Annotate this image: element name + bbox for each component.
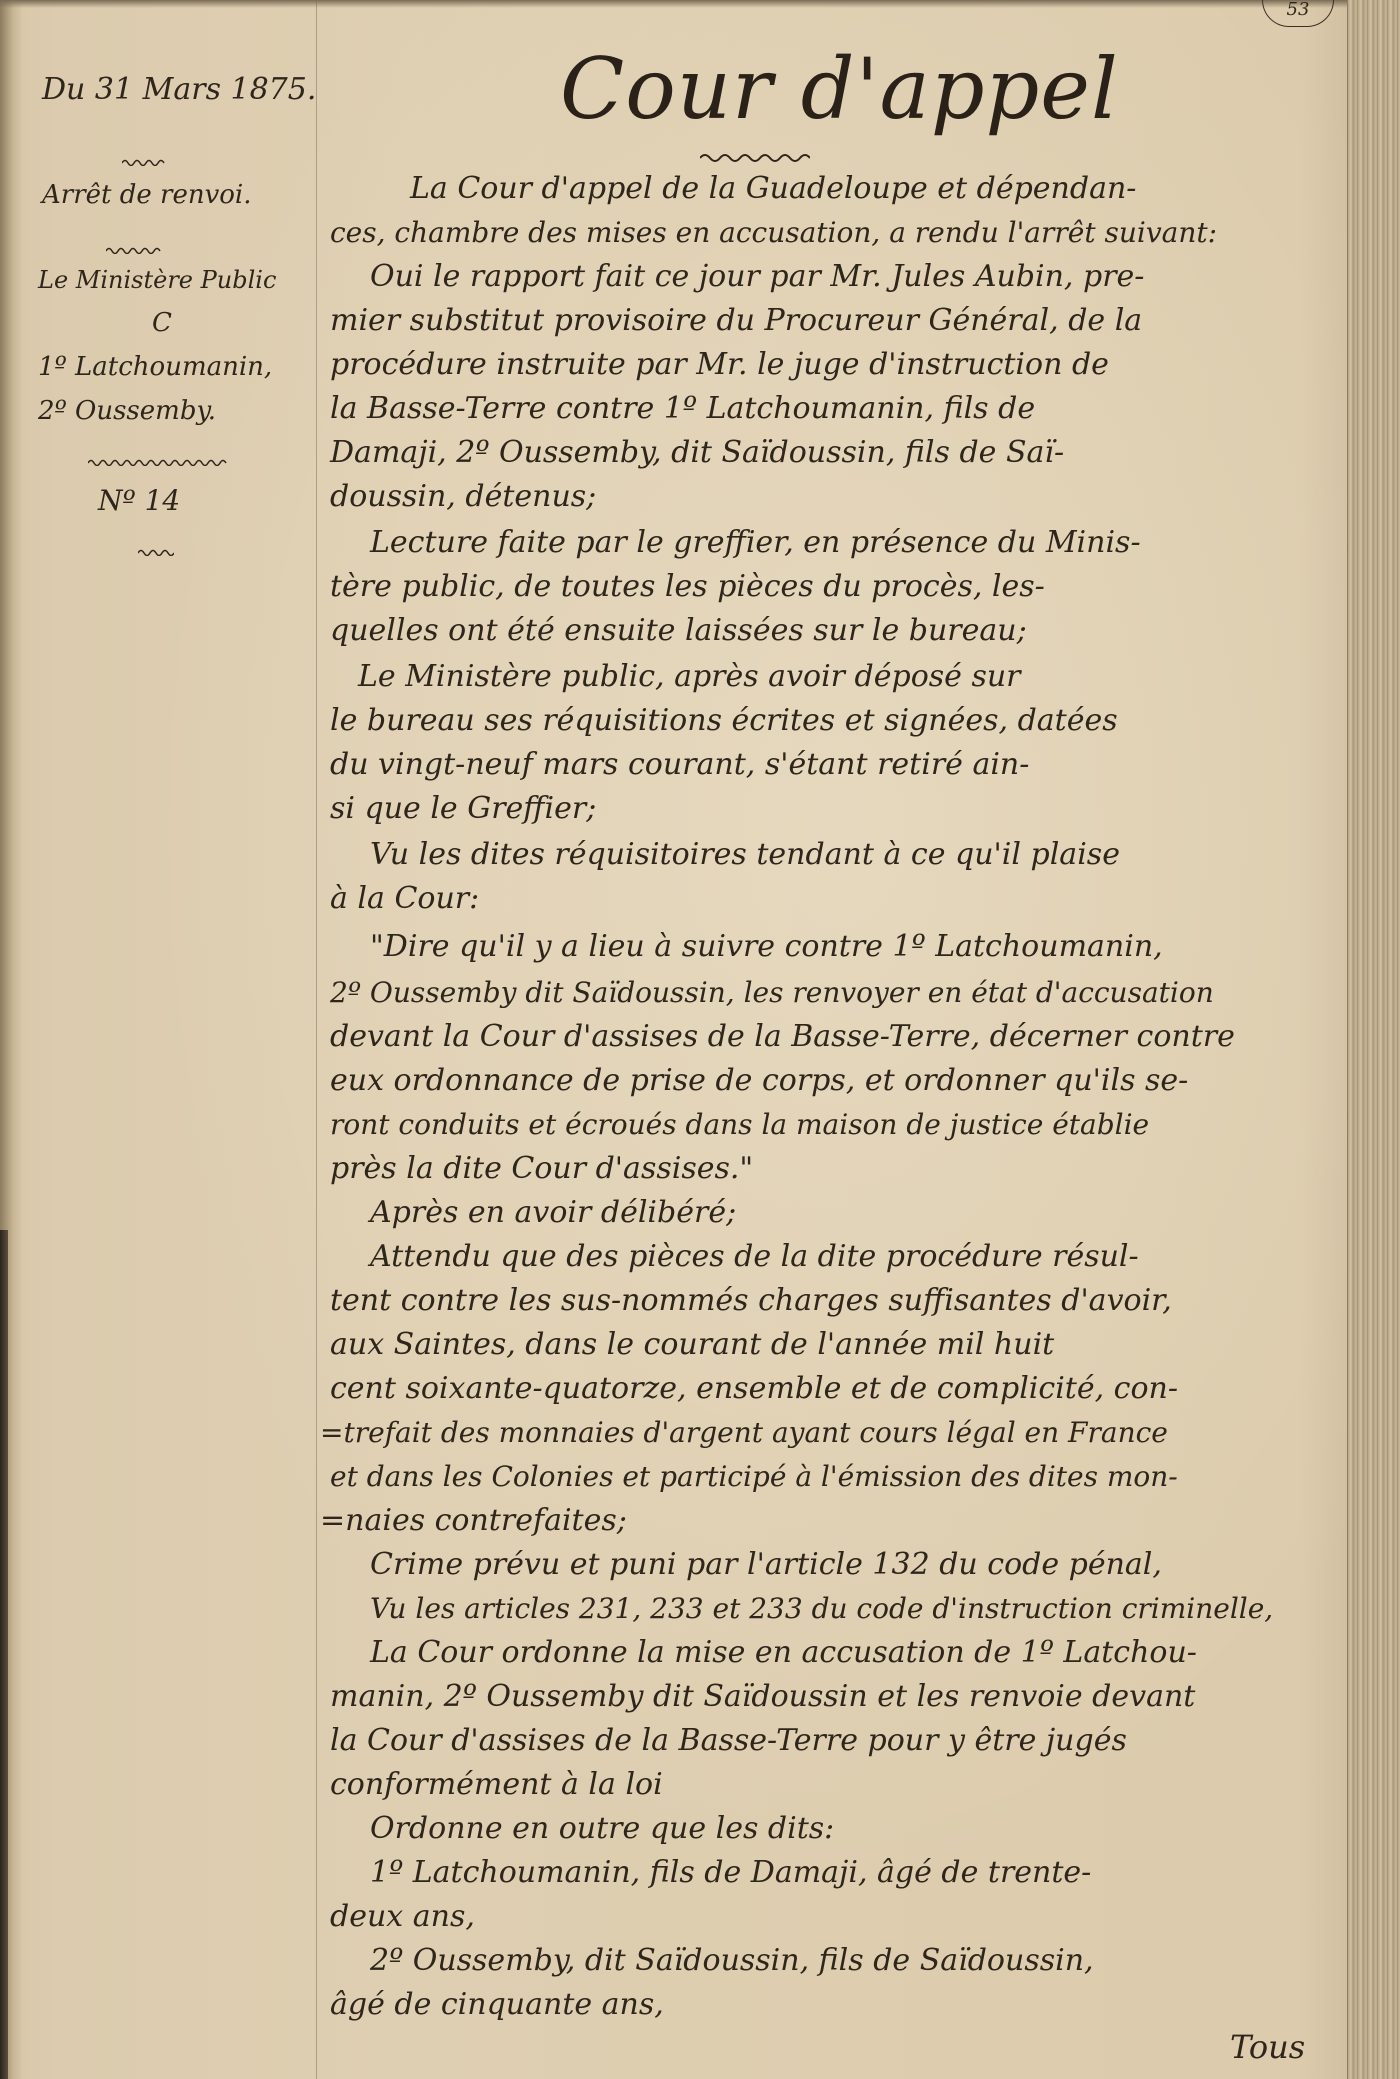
text-line: 1º Latchoumanin, fils de Damaji, âgé de … [370, 1856, 1091, 1890]
text-line: Après en avoir délibéré; [370, 1196, 736, 1230]
text-line: Vu les articles 231, 233 et 233 du code … [370, 1592, 1273, 1626]
text-line: deux ans, [330, 1900, 475, 1934]
text-line: =trefait des monnaies d'argent ayant cou… [320, 1416, 1168, 1450]
margin-number: Nº 14 [98, 484, 180, 517]
text-line: =naies contrefaites; [320, 1504, 627, 1538]
text-line: le bureau ses réquisitions écrites et si… [330, 704, 1118, 738]
text-line: Attendu que des pièces de la dite procéd… [370, 1240, 1139, 1274]
text-line: Lecture faite par le greffier, en présen… [370, 526, 1141, 560]
margin-rule [316, 0, 317, 2079]
text-line: 2º Oussemby dit Saïdoussin, les renvoyer… [330, 976, 1214, 1010]
text-line: devant la Cour d'assises de la Basse-Ter… [330, 1020, 1235, 1054]
text-line: tère public, de toutes les pièces du pro… [330, 570, 1045, 604]
margin-contre: C [152, 308, 172, 338]
text-line: près la dite Cour d'assises." [330, 1152, 753, 1186]
text-line: conformément à la loi [330, 1768, 663, 1802]
text-line: aux Saintes, dans le courant de l'année … [330, 1328, 1054, 1362]
text-line: ront conduits et écroués dans la maison … [330, 1108, 1149, 1142]
text-line: La Cour d'appel de la Guadeloupe et dépe… [410, 172, 1136, 206]
text-line: manin, 2º Oussemby dit Saïdoussin et les… [330, 1680, 1195, 1714]
text-line: à la Cour: [330, 882, 479, 916]
text-line: du vingt-neuf mars courant, s'étant reti… [330, 748, 1029, 782]
top-edge-shadow [0, 0, 1400, 8]
title-flourish-icon [700, 152, 810, 162]
text-line: si que le Greffier; [330, 792, 596, 826]
page-stack-edges [1347, 0, 1400, 2079]
flourish-icon [138, 548, 174, 556]
text-line: Vu les dites réquisitoires tendant à ce … [370, 838, 1120, 872]
flourish-icon [106, 246, 162, 254]
text-line: 2º Oussemby, dit Saïdoussin, fils de Saï… [370, 1944, 1094, 1978]
text-line: quelles ont été ensuite laissées sur le … [330, 614, 1027, 648]
text-line: Damaji, 2º Oussemby, dit Saïdoussin, fil… [330, 436, 1064, 470]
text-line: doussin, détenus; [330, 480, 596, 514]
margin-accused-2: 2º Oussemby. [38, 396, 216, 426]
text-line: mier substitut provisoire du Procureur G… [330, 304, 1142, 338]
margin-party-public: Le Ministère Public [38, 266, 276, 294]
text-line: procédure instruite par Mr. le juge d'in… [330, 348, 1109, 382]
catchword: Tous [1230, 2030, 1305, 2064]
text-line: la Basse-Terre contre 1º Latchoumanin, f… [330, 392, 1035, 426]
page-title: Cour d'appel [560, 40, 1119, 138]
text-line: cent soixante-quatorze, ensemble et de c… [330, 1372, 1178, 1406]
text-line: Ordonne en outre que les dits: [370, 1812, 834, 1846]
text-line: eux ordonnance de prise de corps, et ord… [330, 1064, 1188, 1098]
text-line: et dans les Colonies et participé à l'ém… [330, 1460, 1178, 1494]
ledger-page: 53 Cour d'appel Du 31 Mars 1875. Arrêt d… [0, 0, 1400, 2079]
text-line: "Dire qu'il y a lieu à suivre contre 1º … [370, 930, 1163, 964]
text-line: tent contre les sus-nommés charges suffi… [330, 1284, 1172, 1318]
text-line: Le Ministère public, après avoir déposé … [358, 660, 1021, 694]
text-line: La Cour ordonne la mise en accusation de… [370, 1636, 1197, 1670]
margin-act-type: Arrêt de renvoi. [42, 180, 252, 210]
text-line: Crime prévu et puni par l'article 132 du… [370, 1548, 1162, 1582]
flourish-icon [122, 158, 166, 166]
text-line: Oui le rapport fait ce jour par Mr. Jule… [370, 260, 1144, 294]
text-line: âgé de cinquante ans, [330, 1988, 664, 2022]
text-line: la Cour d'assises de la Basse-Terre pour… [330, 1724, 1127, 1758]
text-line: ces, chambre des mises en accusation, a … [330, 216, 1217, 250]
margin-accused-1: 1º Latchoumanin, [38, 352, 272, 382]
margin-date: Du 31 Mars 1875. [42, 72, 316, 107]
flourish-icon [88, 458, 228, 466]
binding-shadow [0, 1230, 8, 2079]
